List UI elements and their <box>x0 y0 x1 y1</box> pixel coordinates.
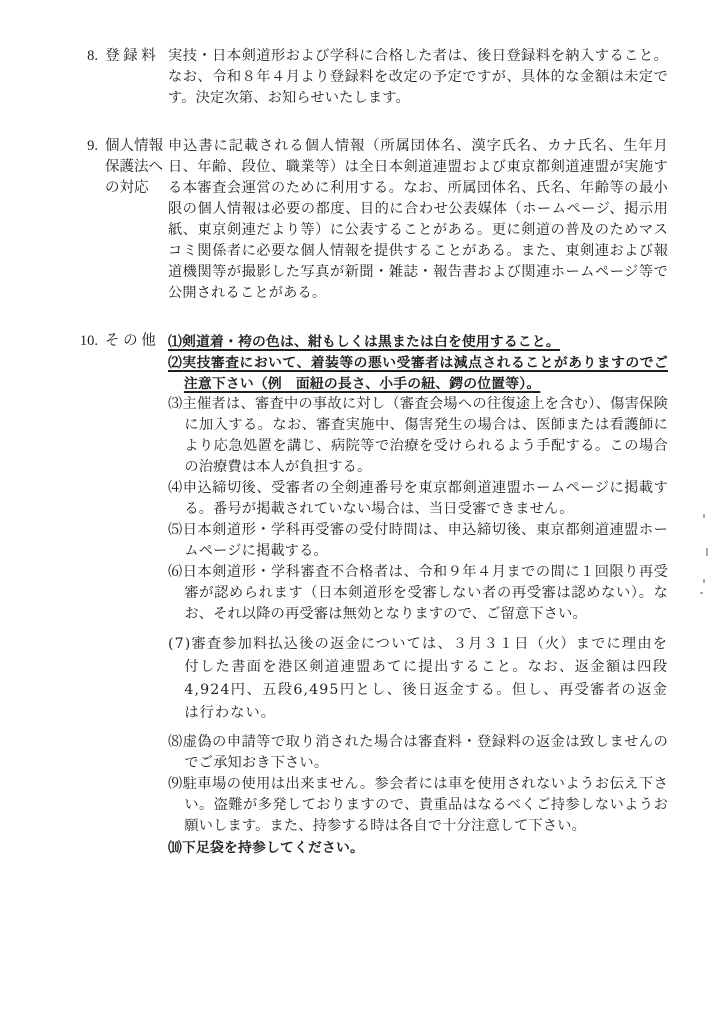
item-10-text: 下足袋を持参してください。 <box>182 840 364 855</box>
item-9-text: 駐車場の使用は出来ません。参会者には車を使用されないようお伝え下さい。盗難が多発… <box>183 776 668 834</box>
item-7-marker: (7) <box>168 636 191 652</box>
section-8-label: 8. 登 録 料 <box>72 46 168 109</box>
item-6-text: 日本剣道形・学科審査不合格者は、令和９年４月までの間に１回限り再受審が認められま… <box>183 564 668 622</box>
section-9-body: 申込書に記載される個人情報（所属団体名、漢字氏名、カナ氏名、生年月日、年齢、段位… <box>168 136 668 304</box>
section-10-number: 10. <box>72 331 98 858</box>
section-10-body: ⑴剣道着・袴の色は、紺もしくは黒または白を使用すること。 ⑵実技審査において、着… <box>168 331 668 858</box>
list-item-10: ⑽下足袋を持参してください。 <box>168 837 668 858</box>
list-item-1: ⑴剣道着・袴の色は、紺もしくは黒または白を使用すること。 <box>168 331 668 352</box>
item-10-marker: ⑽ <box>168 840 182 855</box>
section-10-label: 10. そ の 他 <box>72 331 168 858</box>
section-9-paragraph: 申込書に記載される個人情報（所属団体名、漢字氏名、カナ氏名、生年月日、年齢、段位… <box>168 136 668 304</box>
section-9-title-line: 保護法へ <box>105 157 163 178</box>
scan-artifact <box>700 592 703 594</box>
section-8-number: 8. <box>72 46 98 109</box>
scan-artifact <box>703 579 705 583</box>
list-item-6: ⑹日本剣道形・学科審査不合格者は、令和９年４月までの間に１回限り再受審が認められ… <box>168 562 668 625</box>
item-5-text: 日本剣道形・学科再受審の受付時間は、申込締切後、東京都剣道連盟ホームページに掲載… <box>183 522 668 559</box>
section-10-title: そ の 他 <box>105 331 156 858</box>
item-9-marker: ⑼ <box>168 776 183 792</box>
item-8-text: 虚偽の申請等で取り消された場合は審査料・登録料の返金は致しませんのでご承知おき下… <box>183 734 668 771</box>
list-item-5: ⑸日本剣道形・学科再受審の受付時間は、申込締切後、東京都剣道連盟ホームページに掲… <box>168 520 668 562</box>
item-3-text: 主催者は、審査中の事故に対し（審査会場への往復途上を含む）、傷害保険に加入する。… <box>183 396 669 475</box>
item-8-marker: ⑻ <box>168 734 183 750</box>
section-registration-fee: 8. 登 録 料 実技・日本剣道形および学科に合格した者は、後日登録料を納入する… <box>72 46 668 109</box>
section-personal-info: 9. 個人情報 保護法へ の対応 申込書に記載される個人情報（所属団体名、漢字氏… <box>72 136 668 304</box>
section-9-title-line: の対応 <box>105 178 163 199</box>
section-8-body: 実技・日本剣道形および学科に合格した者は、後日登録料を納入すること。なお、令和８… <box>168 46 668 109</box>
document-page: 8. 登 録 料 実技・日本剣道形および学科に合格した者は、後日登録料を納入する… <box>0 0 724 1024</box>
list-item-8: ⑻虚偽の申請等で取り消された場合は審査料・登録料の返金は致しませんのでご承知おき… <box>168 732 668 774</box>
list-item-3: ⑶主催者は、審査中の事故に対し（審査会場への往復途上を含む）、傷害保険に加入する… <box>168 394 668 478</box>
list-item-2: ⑵実技審査において、着装等の悪い受審者は減点されることがありますのでご注意下さい… <box>168 352 668 394</box>
item-5-marker: ⑸ <box>168 522 183 538</box>
list-item-9: ⑼駐車場の使用は出来ません。参会者には車を使用されないようお伝え下さい。盗難が多… <box>168 774 668 837</box>
section-8-paragraph: 実技・日本剣道形および学科に合格した者は、後日登録料を納入すること。なお、令和８… <box>168 46 668 109</box>
section-9-label: 9. 個人情報 保護法へ の対応 <box>72 136 168 304</box>
scan-artifact <box>706 548 708 556</box>
item-6-marker: ⑹ <box>168 564 183 580</box>
item-2-marker: ⑵ <box>168 355 182 370</box>
scan-artifact <box>703 514 705 518</box>
section-9-number: 9. <box>72 136 98 304</box>
item-1-text: 剣道着・袴の色は、紺もしくは黒または白を使用すること。 <box>182 334 560 349</box>
section-10-title-line: そ の 他 <box>105 331 156 352</box>
item-4-text: 申込締切後、受審者の全剣連番号を東京都剣道連盟ホームページに掲載する。番号が掲載… <box>183 480 668 517</box>
list-item-7: (7)審査参加料払込後の返金については、３月３１日（火）までに理由を付した書面を… <box>168 633 668 725</box>
section-9-title: 個人情報 保護法へ の対応 <box>105 136 163 304</box>
item-4-marker: ⑷ <box>168 480 183 496</box>
item-1-marker: ⑴ <box>168 334 182 349</box>
item-2-text: 実技審査において、着装等の悪い受審者は減点されることがありますのでご注意下さい（… <box>182 355 668 391</box>
other-items-list: ⑴剣道着・袴の色は、紺もしくは黒または白を使用すること。 ⑵実技審査において、着… <box>168 331 668 858</box>
list-item-4: ⑷申込締切後、受審者の全剣連番号を東京都剣道連盟ホームページに掲載する。番号が掲… <box>168 478 668 520</box>
section-other: 10. そ の 他 ⑴剣道着・袴の色は、紺もしくは黒または白を使用すること。 ⑵… <box>72 331 668 858</box>
section-8-title: 登 録 料 <box>105 46 156 109</box>
section-8-title-line: 登 録 料 <box>105 46 156 67</box>
section-9-title-line: 個人情報 <box>105 136 163 157</box>
item-7-text: 審査参加料払込後の返金については、３月３１日（火）までに理由を付した書面を港区剣… <box>184 636 668 721</box>
item-3-marker: ⑶ <box>168 396 183 412</box>
